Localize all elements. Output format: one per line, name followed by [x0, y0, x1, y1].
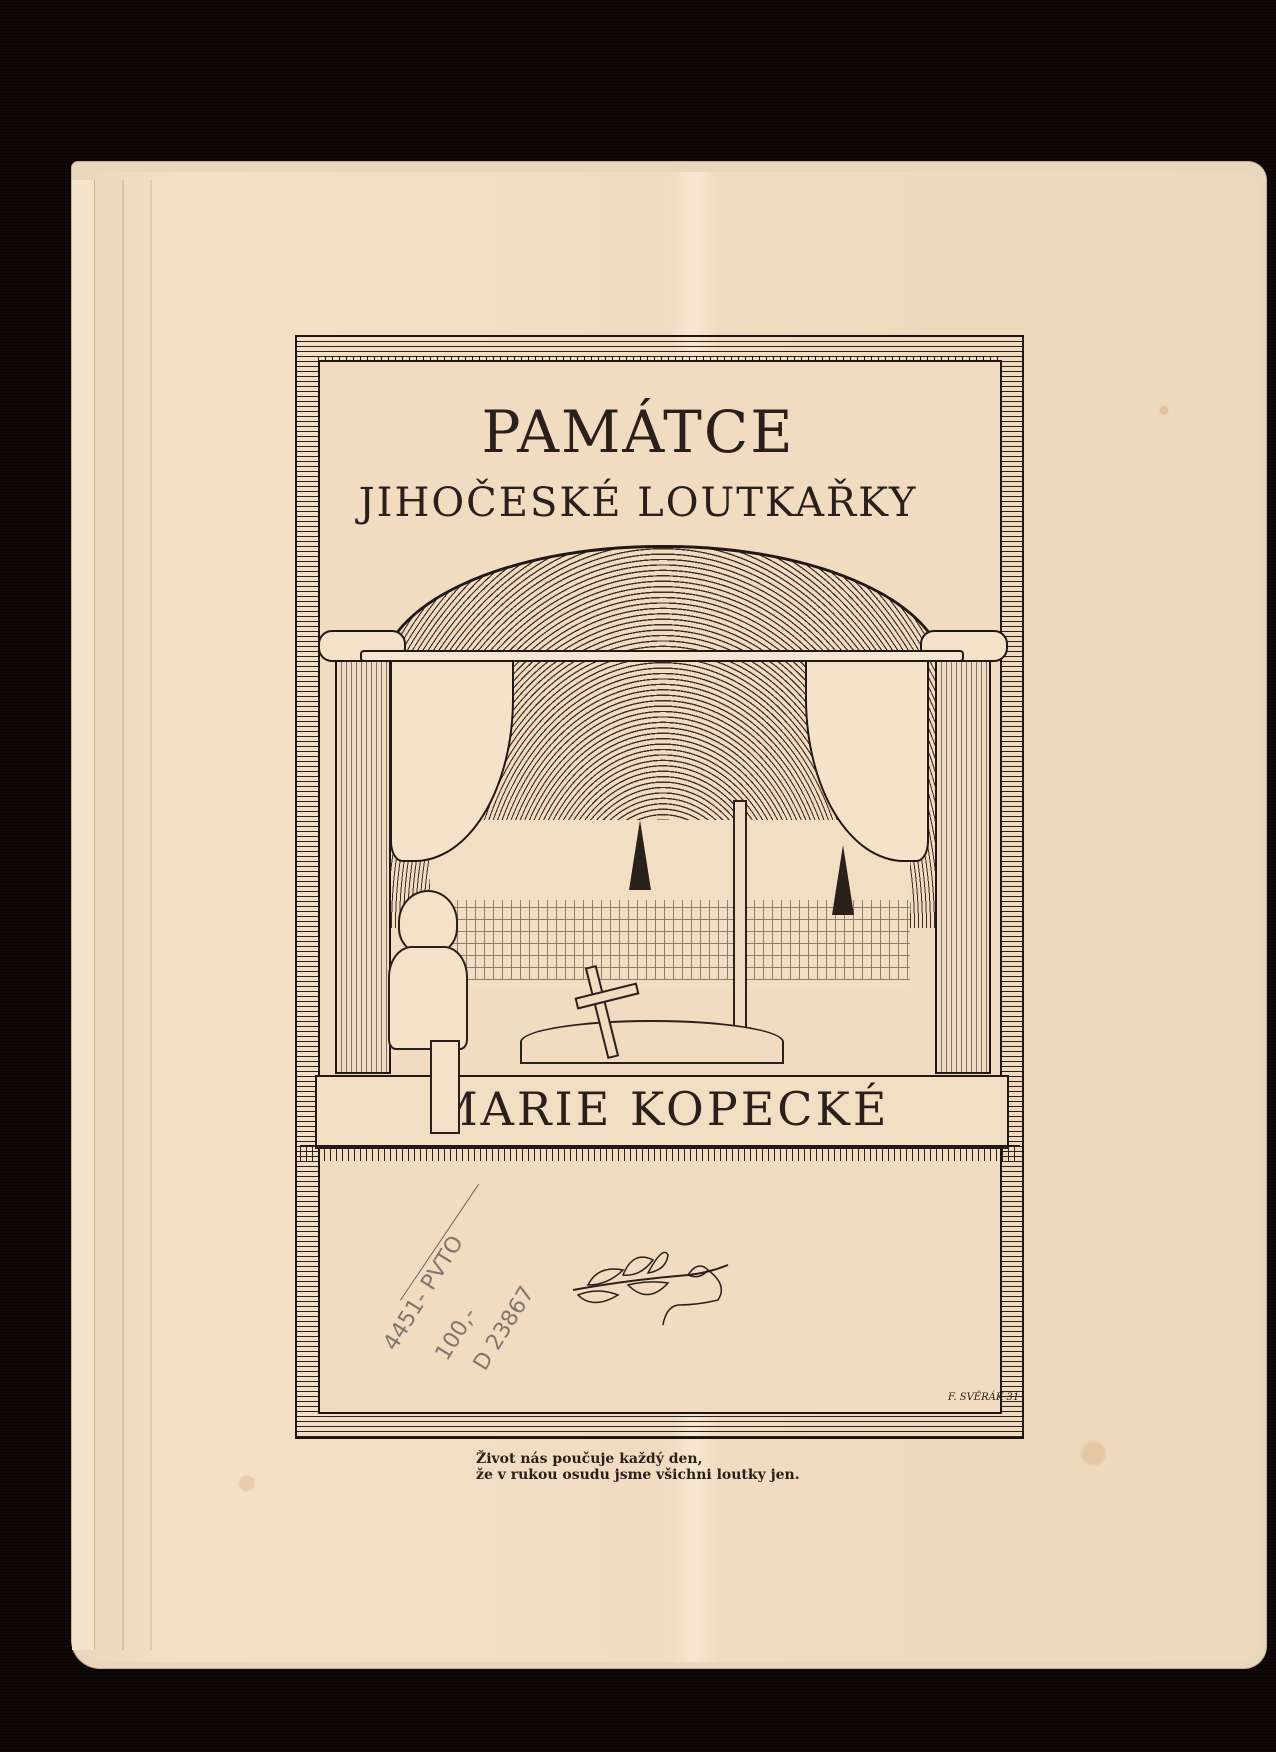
caption-verse: Život nás poučuje každý den, že v rukou … [476, 1451, 800, 1483]
weeping-puppet-illustration [370, 890, 490, 1140]
caption-line-1: Život nás poučuje každý den, [476, 1451, 800, 1467]
banner-ledge-hatching [300, 1145, 1020, 1161]
church-steeple-icon [832, 845, 854, 915]
artist-signature: F. SVĚRÁK 31 [948, 1392, 1019, 1403]
laurel-sprig-icon [568, 1235, 738, 1335]
right-pillar [935, 650, 991, 1074]
frame-hatching [318, 356, 998, 362]
title-line-1: PAMÁTCE [0, 398, 1276, 466]
tree-icon [733, 800, 747, 1044]
grave-mound [520, 1020, 784, 1064]
puppet-body [388, 946, 468, 1050]
puppet-leg [430, 1040, 460, 1134]
caption-line-2: že v rukou osudu jsme všichni loutky jen… [476, 1467, 800, 1483]
church-steeple-icon [629, 820, 651, 890]
curtain-rod [360, 650, 964, 662]
title-line-2: JIHOČESKÉ LOUTKAŘKY [0, 480, 1276, 526]
puppet-head [398, 890, 458, 954]
